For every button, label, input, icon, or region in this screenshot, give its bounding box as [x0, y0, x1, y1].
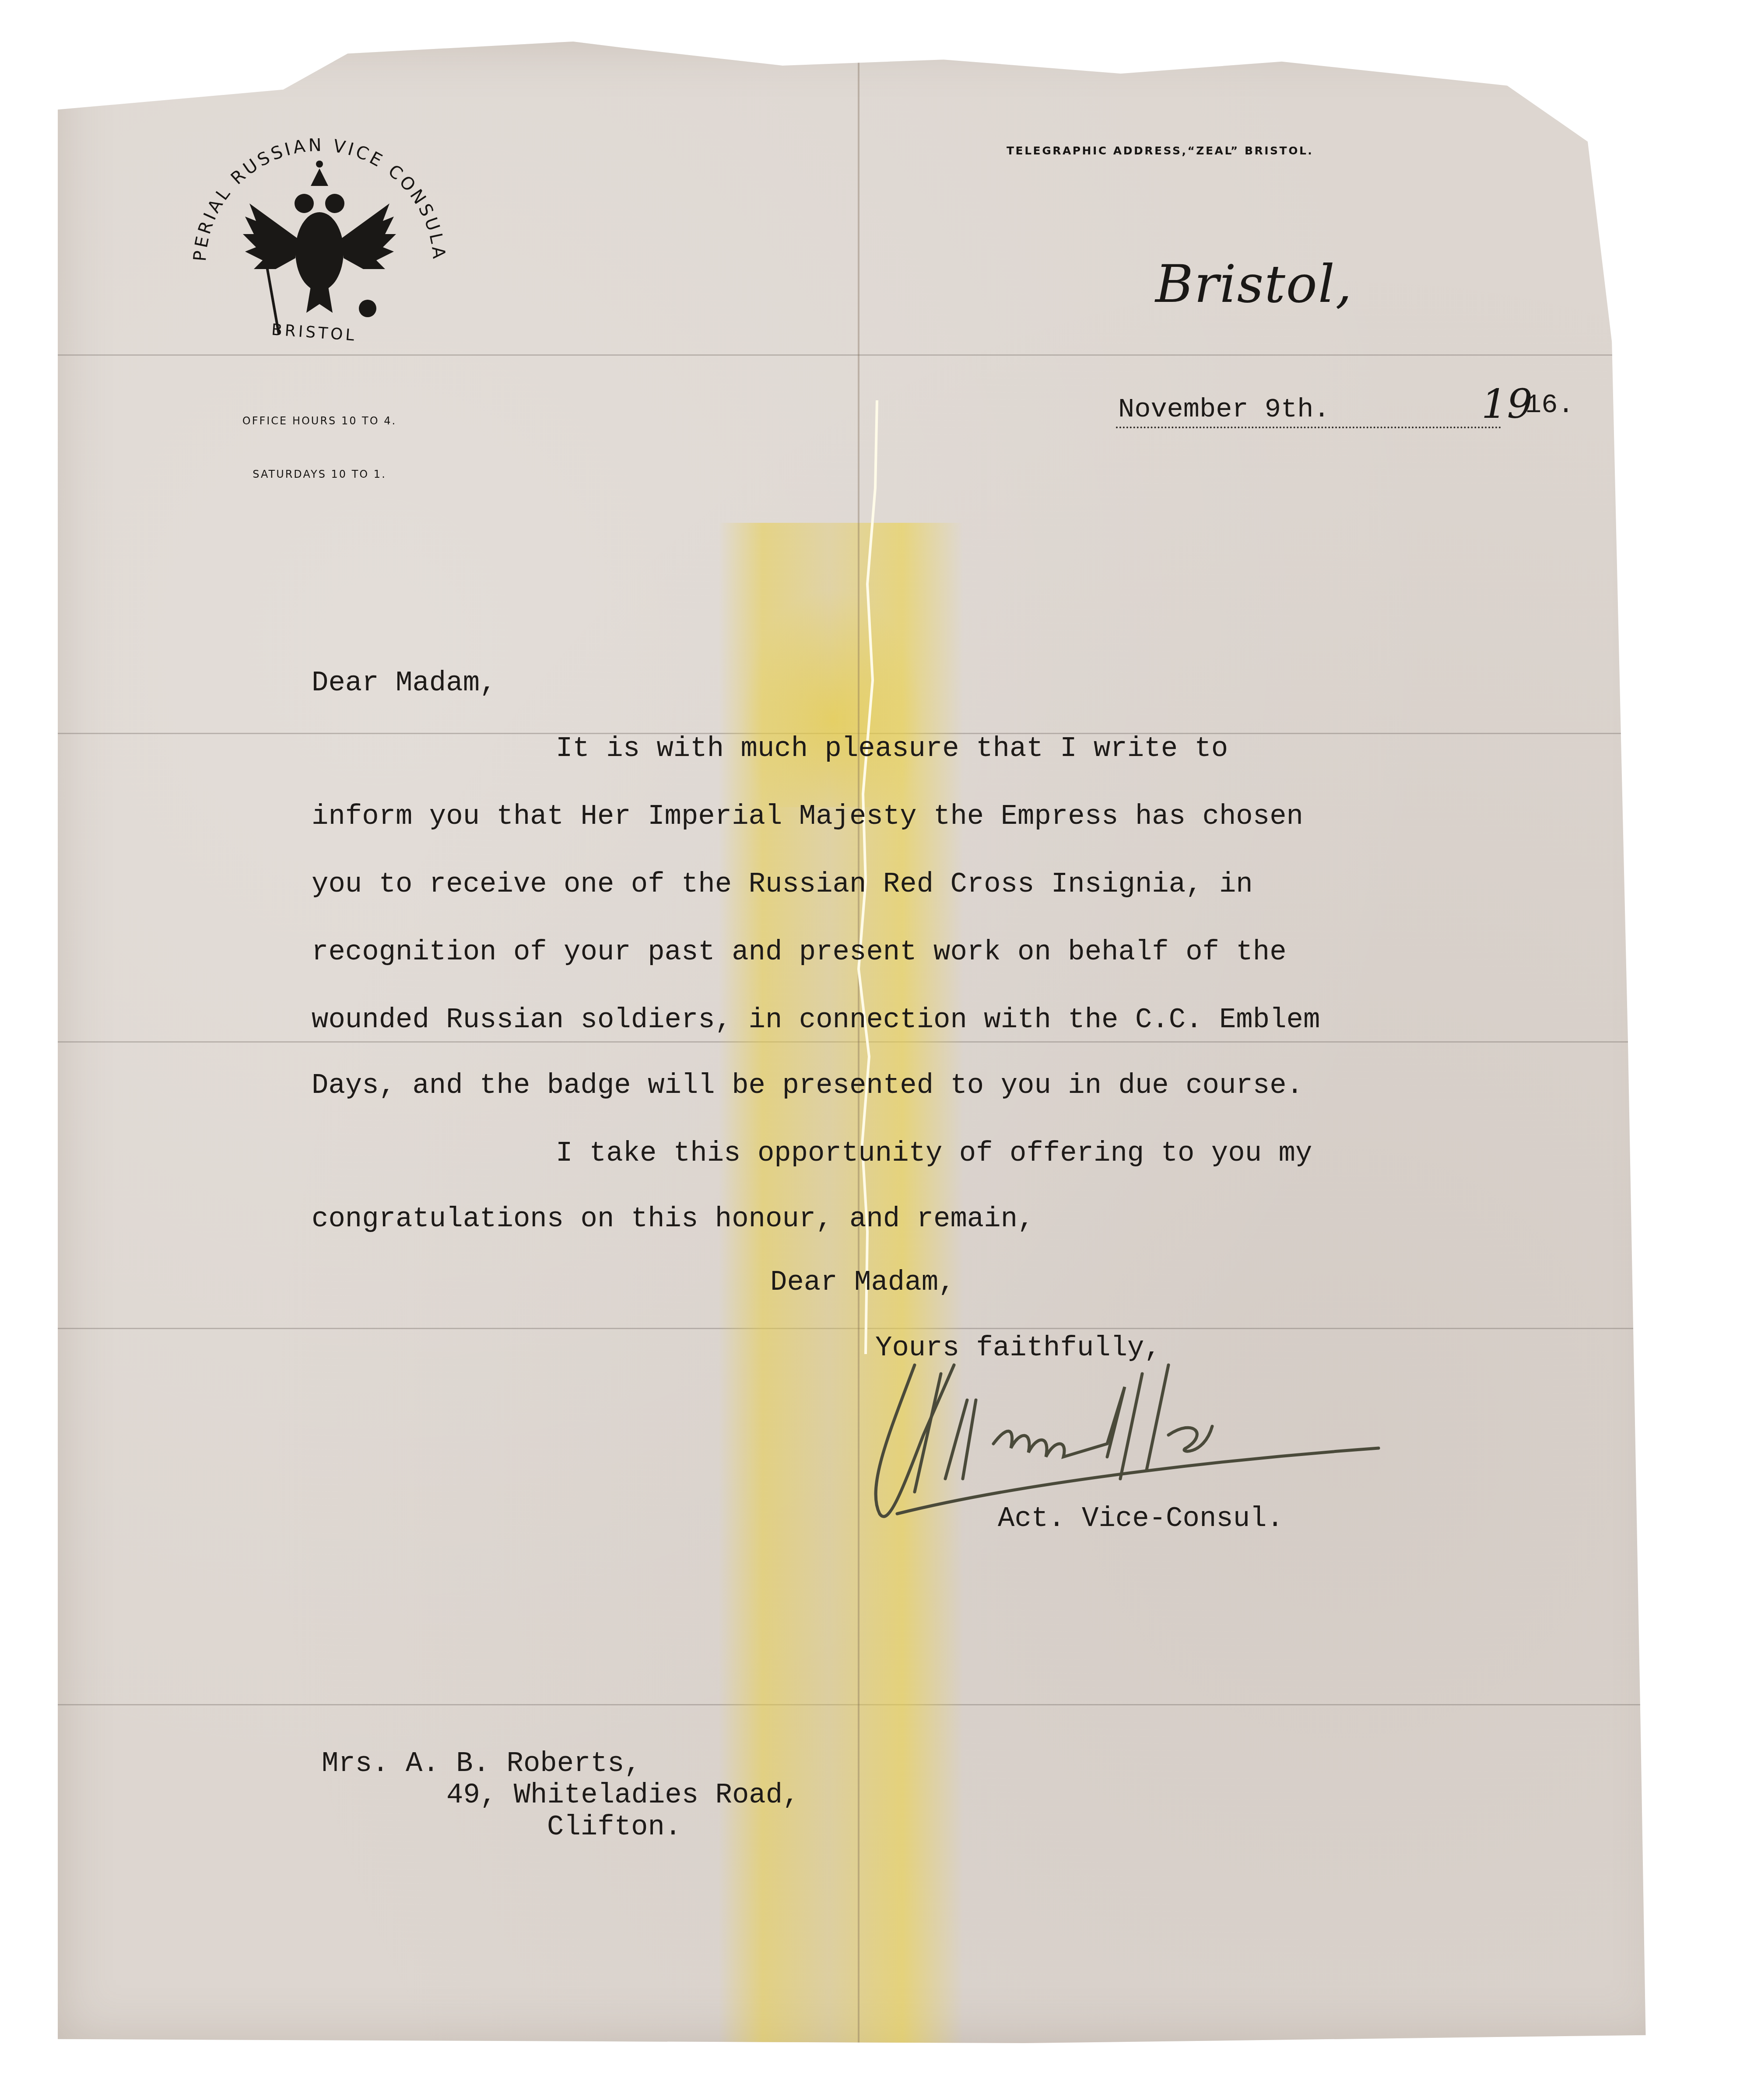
body-line: congratulations on this honour, and rema… [312, 1205, 1034, 1233]
svg-text:J. Mewitt Cole: J. Mewitt Cole [1519, 1347, 1521, 1348]
signatory-title: Act. Vice-Consul. [998, 1505, 1284, 1533]
year-suffix: 16. [1525, 389, 1574, 420]
recipient-name: Mrs. A. B. Roberts, [322, 1750, 641, 1778]
body-line: wounded Russian soldiers, in connection … [312, 1006, 1320, 1034]
tape-stain [740, 588, 924, 807]
office-hours: OFFICE HOURS 10 TO 4. SATURDAYS 10 TO 1. [206, 376, 433, 501]
double-headed-eagle-icon: IMPERIAL RUSSIAN VICE CONSULATE [179, 107, 460, 352]
body-line: Days, and the badge will be presented to… [312, 1072, 1303, 1100]
fold-crease [58, 354, 1668, 356]
body-line: you to receive one of the Russian Red Cr… [312, 871, 1253, 899]
body-line: inform you that Her Imperial Majesty the… [312, 803, 1303, 831]
office-hours-saturday: SATURDAYS 10 TO 1. [206, 465, 433, 483]
recipient-street: 49, Whiteladies Road, [446, 1781, 800, 1809]
telegraphic-address: TELEGRAPHIC ADDRESS,“ZEAL” BRISTOL. [1007, 144, 1313, 157]
date-typed: November 9th. [1118, 394, 1330, 425]
recipient-district: Clifton. [547, 1813, 681, 1841]
office-hours-weekday: OFFICE HOURS 10 TO 4. [206, 412, 433, 430]
consulate-crest: IMPERIAL RUSSIAN VICE CONSULATE [179, 107, 460, 352]
place-heading: Bristol, [1155, 254, 1353, 314]
body-line: recognition of your past and present wor… [312, 938, 1287, 966]
closing-salutation: Dear Madam, [770, 1269, 955, 1297]
salutation: Dear Madam, [312, 669, 496, 697]
body-line: I take this opportunity of offering to y… [556, 1140, 1312, 1168]
body-line: It is with much pleasure that I write to [556, 735, 1228, 763]
